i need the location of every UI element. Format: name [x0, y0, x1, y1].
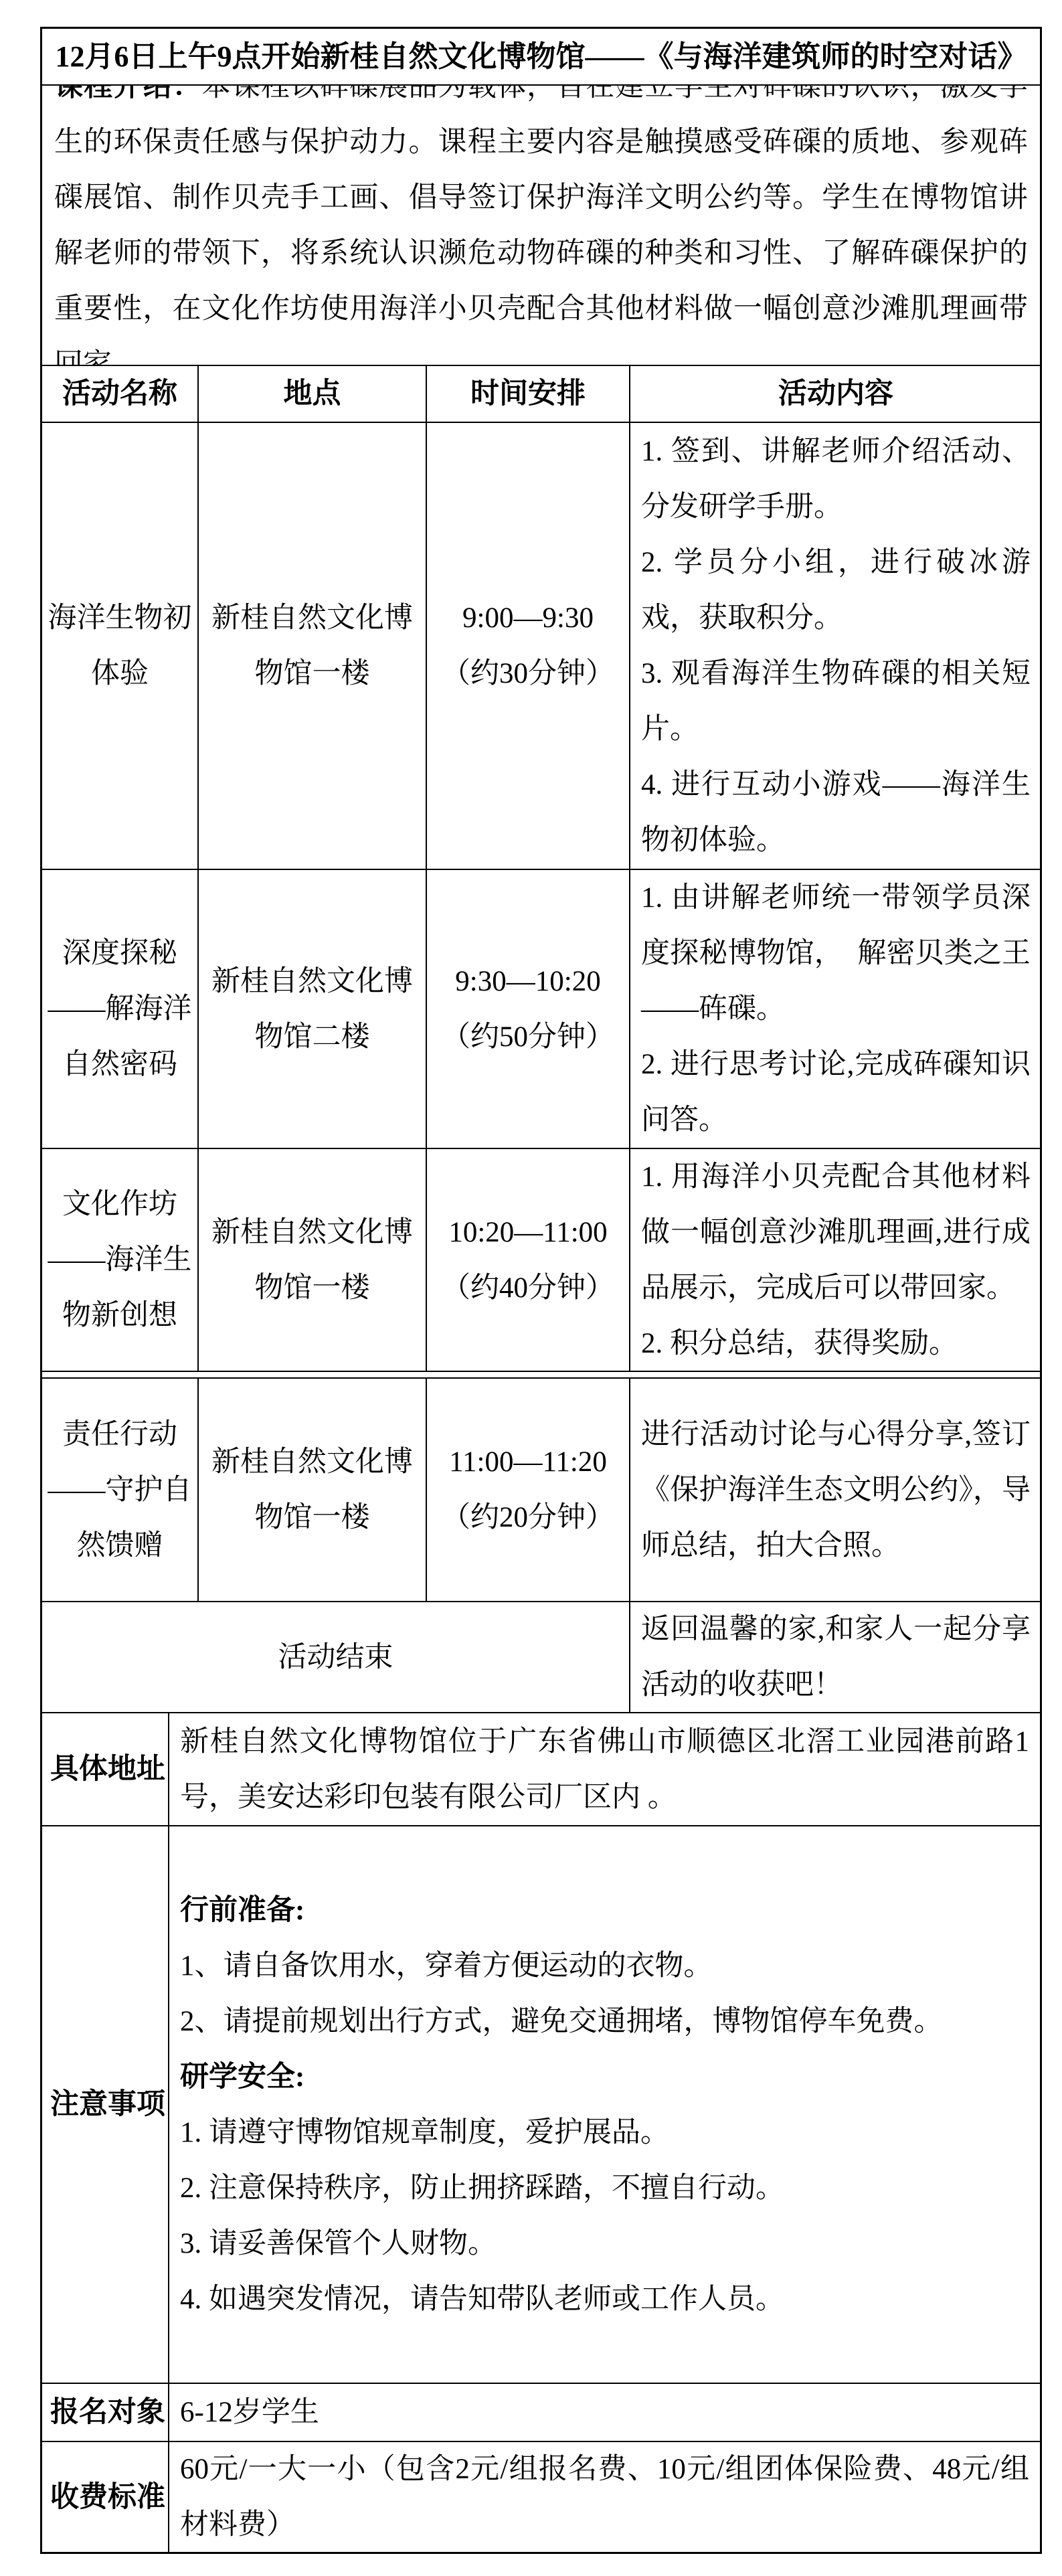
notes-safety-item: 3. 请妥善保管个人财物。 [180, 2216, 1029, 2271]
content-item: 1. 由讲解老师统一带领学员深度探秘博物馆， 解密贝类之王——砗磲。 [641, 870, 1031, 1037]
time-duration: （约20分钟） [427, 1490, 629, 1545]
header-activity-name: 活动名称 [42, 366, 197, 422]
activity-row-4: 责任行动——守护自然馈赠 新桂自然文化博物馆一楼 11:00—11:20 （约2… [42, 1377, 1040, 1601]
time-range: 11:00—11:20 [427, 1434, 629, 1490]
content-item: 2. 学员分小组，进行破冰游戏，获取积分。 [641, 535, 1031, 646]
header-time: 时间安排 [426, 366, 629, 422]
activity-content-cell: 进行活动讨论与心得分享,签订《保护海洋生态文明公约》，导师总结，拍大合照。 [629, 1379, 1040, 1601]
activity-time-cell: 11:00—11:20 （约20分钟） [426, 1379, 629, 1601]
activity-time-cell: 9:30—10:20 （约50分钟） [426, 870, 629, 1148]
activity-row-3: 文化作坊——海洋生物新创想 新桂自然文化博物馆一楼 10:20—11:00 （约… [42, 1148, 1040, 1371]
course-intro-text: 本课程以砗磲展品为载体，旨在建立学生对砗磲的认识，激发学生的环保责任感与保护动力… [54, 86, 1028, 365]
time-duration: （约40分钟） [427, 1260, 629, 1316]
table-header-row: 活动名称 地点 时间安排 活动内容 [42, 365, 1040, 422]
notes-prep-item: 1、请自备饮用水，穿着方便运动的衣物。 [180, 1938, 1029, 1994]
notes-safety-item: 4. 如遇突发情况，请告知带队老师或工作人员。 [180, 2271, 1029, 2327]
activity-time-cell: 9:00—9:30 （约30分钟） [426, 423, 629, 869]
course-intro-row: 课程介绍：本课程以砗磲展品为载体，旨在建立学生对砗磲的认识，激发学生的环保责任感… [42, 84, 1040, 365]
activity-location-cell: 新桂自然文化博物馆一楼 [197, 423, 426, 869]
content-item: 4. 进行互动小游戏——海洋生物初体验。 [641, 757, 1031, 868]
content-item: 1. 签到、讲解老师介绍活动、分发研学手册。 [641, 424, 1031, 535]
header-content: 活动内容 [629, 366, 1040, 422]
content-item: 3. 观看海洋生物砗磲的相关短片。 [641, 646, 1031, 757]
notes-prep-item: 2、请提前规划出行方式，避免交通拥堵，博物馆停车免费。 [180, 1994, 1029, 2049]
page-title-text: 12月6日上午9点开始新桂自然文化博物馆——《与海洋建筑师的时空对话》 [48, 29, 1035, 84]
activity-end-row: 活动结束 返回温馨的家,和家人一起分享活动的收获吧！ [42, 1601, 1040, 1712]
activity-time-cell: 10:20—11:00 （约40分钟） [426, 1149, 629, 1371]
address-row: 具体地址 新桂自然文化博物馆位于广东省佛山市顺德区北滘工业园港前路1号，美安达彩… [42, 1712, 1040, 1825]
fee-value: 60元/一大一小（包含2元/组报名费、10元/组团体保险费、48元/组材料费） [168, 2442, 1040, 2552]
time-range: 10:20—11:00 [427, 1205, 629, 1260]
page-title: 12月6日上午9点开始新桂自然文化博物馆——《与海洋建筑师的时空对话》 [42, 29, 1040, 84]
activity-name-cell: 海洋生物初体验 [42, 423, 197, 869]
notes-content: 行前准备: 1、请自备饮用水，穿着方便运动的衣物。 2、请提前规划出行方式，避免… [168, 1826, 1040, 2383]
header-location: 地点 [197, 366, 426, 422]
activity-schedule-table: 12月6日上午9点开始新桂自然文化博物馆——《与海洋建筑师的时空对话》 课程介绍… [40, 27, 1042, 2554]
activity-location-cell: 新桂自然文化博物馆一楼 [197, 1379, 426, 1601]
fee-row: 收费标准 60元/一大一小（包含2元/组报名费、10元/组团体保险费、48元/组… [42, 2441, 1040, 2552]
notes-prep-heading: 行前准备: [180, 1883, 1029, 1938]
time-range: 9:00—9:30 [427, 590, 629, 646]
time-duration: （约50分钟） [427, 1009, 629, 1065]
notes-safety-item: 1. 请遵守博物馆规章制度，爱护展品。 [180, 2105, 1029, 2160]
activity-location-cell: 新桂自然文化博物馆二楼 [197, 870, 426, 1148]
content-item: 2. 进行思考讨论,完成砗磲知识问答。 [641, 1037, 1031, 1148]
address-label: 具体地址 [42, 1713, 168, 1825]
content-item: 2. 积分总结，获得奖励。 [641, 1316, 1031, 1371]
activity-content-cell: 1. 用海洋小贝壳配合其他材料做一幅创意沙滩肌理画,进行成品展示，完成后可以带回… [629, 1149, 1040, 1371]
fee-label: 收费标准 [42, 2442, 168, 2552]
time-duration: （约30分钟） [427, 646, 629, 701]
activity-end-content-cell: 返回温馨的家,和家人一起分享活动的收获吧！ [629, 1602, 1040, 1712]
address-value: 新桂自然文化博物馆位于广东省佛山市顺德区北滘工业园港前路1号，美安达彩印包装有限… [168, 1713, 1040, 1825]
activity-end-cell: 活动结束 [42, 1602, 629, 1712]
content-item: 进行活动讨论与心得分享,签订《保护海洋生态文明公约》，导师总结，拍大合照。 [641, 1407, 1031, 1573]
activity-content-cell: 1. 由讲解老师统一带领学员深度探秘博物馆， 解密贝类之王——砗磲。 2. 进行… [629, 870, 1040, 1148]
course-intro-label: 课程介绍： [54, 86, 202, 102]
course-intro-paragraph: 课程介绍：本课程以砗磲展品为载体，旨在建立学生对砗磲的认识，激发学生的环保责任感… [54, 86, 1028, 365]
content-item: 1. 用海洋小贝壳配合其他材料做一幅创意沙滩肌理画,进行成品展示，完成后可以带回… [641, 1149, 1031, 1316]
course-intro-cell: 课程介绍：本课程以砗磲展品为载体，旨在建立学生对砗磲的认识，激发学生的环保责任感… [42, 86, 1040, 365]
notes-row: 注意事项 行前准备: 1、请自备饮用水，穿着方便运动的衣物。 2、请提前规划出行… [42, 1825, 1040, 2383]
activity-name-cell: 深度探秘——解海洋自然密码 [42, 870, 197, 1148]
audience-label: 报名对象 [42, 2384, 168, 2441]
notes-safety-item: 2. 注意保持秩序，防止拥挤踩踏，不擅自行动。 [180, 2160, 1029, 2216]
time-range: 9:30—10:20 [427, 954, 629, 1009]
section-divider [42, 1371, 1040, 1377]
activity-row-1: 海洋生物初体验 新桂自然文化博物馆一楼 9:00—9:30 （约30分钟） 1.… [42, 422, 1040, 869]
activity-name-cell: 文化作坊——海洋生物新创想 [42, 1149, 197, 1371]
notes-label: 注意事项 [42, 1826, 168, 2383]
activity-location-cell: 新桂自然文化博物馆一楼 [197, 1149, 426, 1371]
title-row: 12月6日上午9点开始新桂自然文化博物馆——《与海洋建筑师的时空对话》 [42, 29, 1040, 84]
activity-row-2: 深度探秘——解海洋自然密码 新桂自然文化博物馆二楼 9:30—10:20 （约5… [42, 869, 1040, 1148]
notes-safety-heading: 研学安全: [180, 2049, 1029, 2105]
audience-value: 6-12岁学生 [168, 2384, 1040, 2441]
activity-name-cell: 责任行动——守护自然馈赠 [42, 1379, 197, 1601]
audience-row: 报名对象 6-12岁学生 [42, 2383, 1040, 2441]
activity-content-cell: 1. 签到、讲解老师介绍活动、分发研学手册。 2. 学员分小组，进行破冰游戏，获… [629, 423, 1040, 869]
